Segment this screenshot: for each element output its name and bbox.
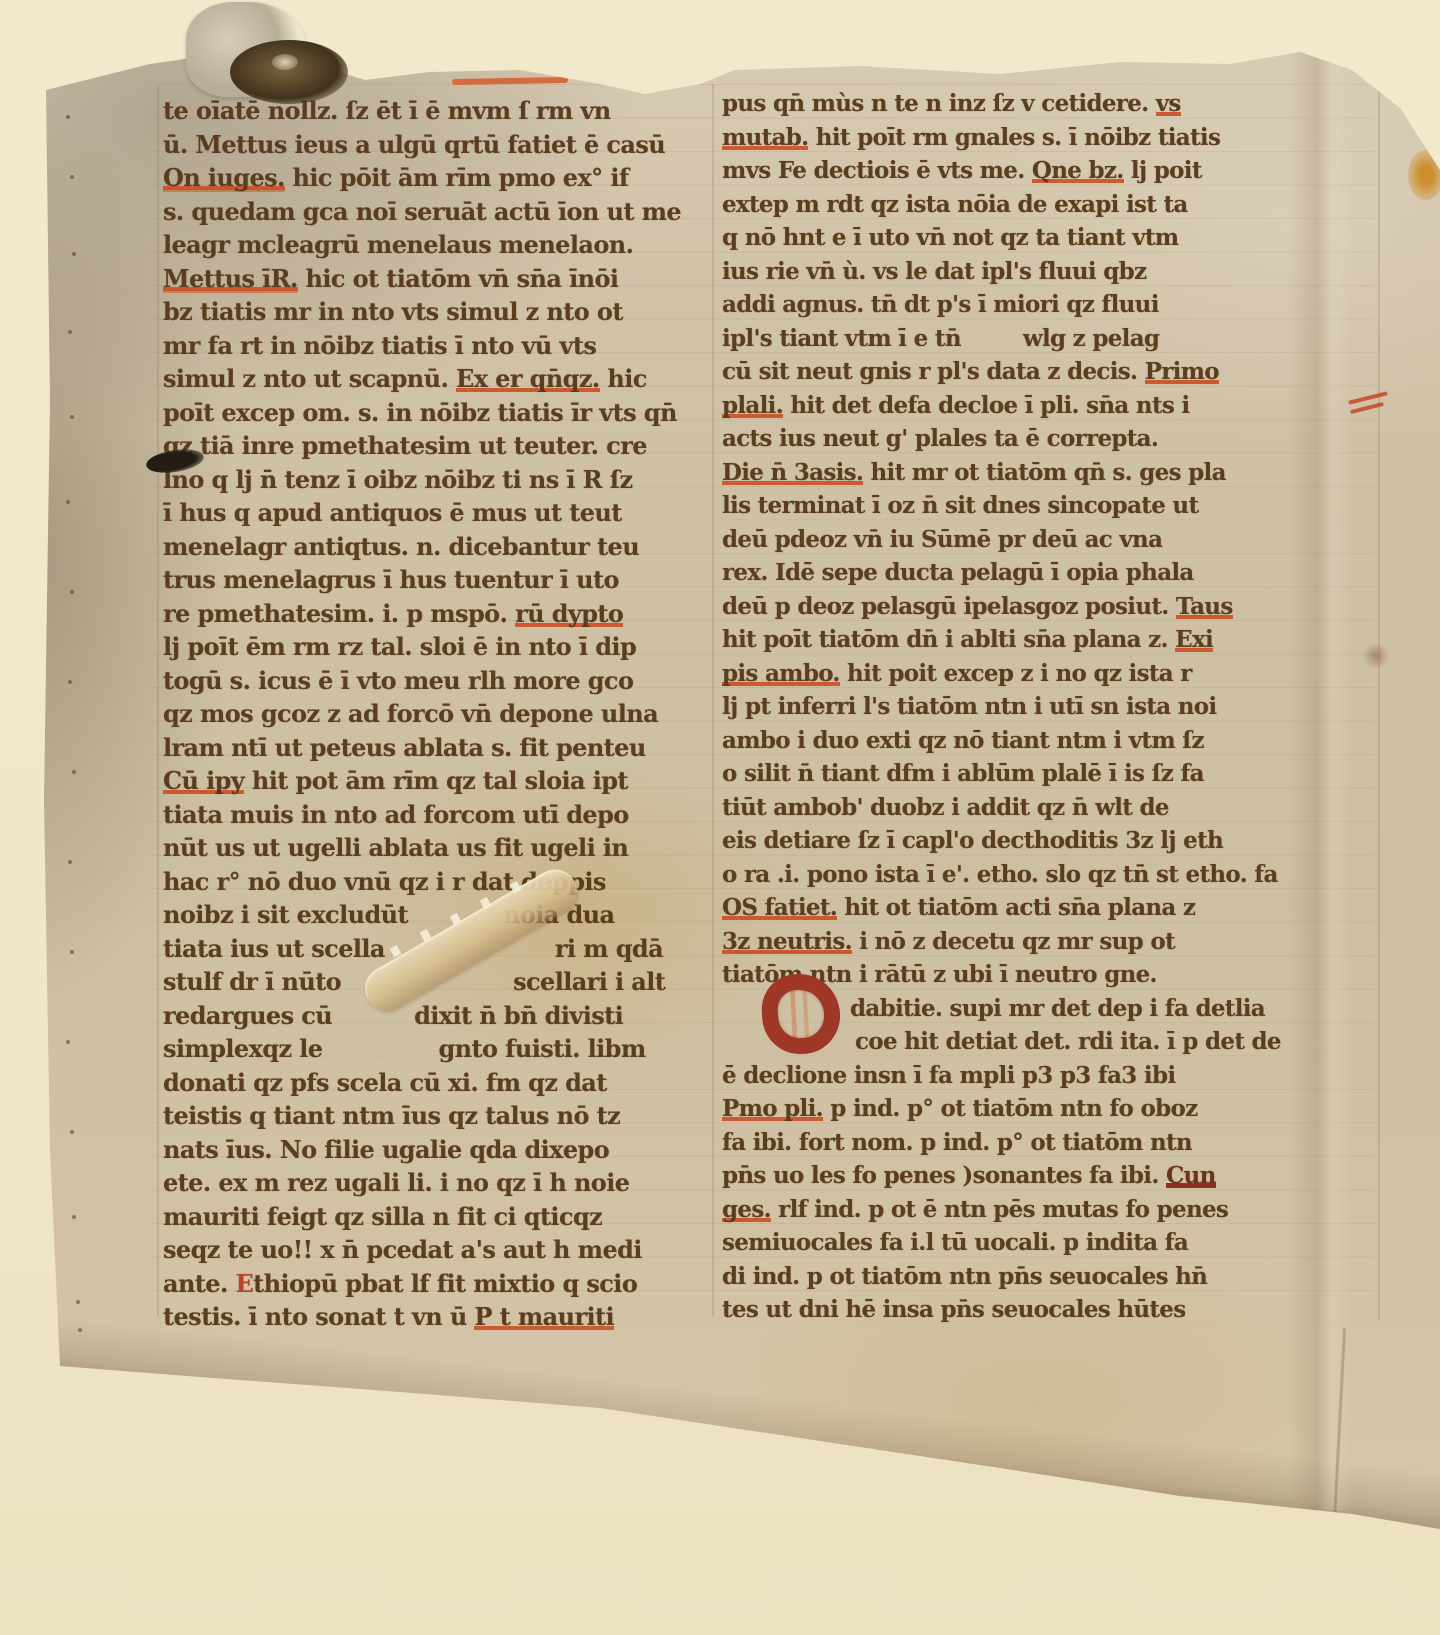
glue-glint [272, 54, 298, 70]
text-segment: qz tiā inre pmethatesim ut teuter. cre [163, 431, 647, 460]
text-segment: tiata ius ut scella [163, 934, 385, 963]
text-line: Cū ipy hit pot ām rīm qz tal sloia ipt [163, 766, 628, 795]
text-segment: extep m rdt qz ista nōia de exapi ist ta [722, 191, 1188, 218]
text-segment: togū s. icus ē ī vto meu rlh more gco [163, 666, 633, 695]
text-line: leagr mcleagrū menelaus menelaon. [163, 230, 633, 259]
text-segment: ipl's tiant vtm ī e tn̄ [722, 325, 961, 352]
text-segment: thiopū pbat lf fit mixtio q scio [253, 1269, 637, 1298]
text-line: ante. Ethiopū pbat lf fit mixtio q scio [163, 1269, 637, 1298]
text-line: ete. ex m rez ugali li. i no qz ī h noie [163, 1168, 629, 1197]
text-line: simul z nto ut scapnū. Ex er qn̄qz. hic [163, 364, 647, 393]
text-line: q nō hnt e ī uto vn̄ not qz ta tiant vtm [722, 224, 1178, 251]
text-segment: vs [1156, 90, 1181, 117]
text-segment: tiata muis in nto ad forcom utī depo [163, 800, 629, 829]
text-segment: q nō hnt e ī uto vn̄ not qz ta tiant vtm [722, 224, 1178, 251]
text-line: addi agnus. tn̄ dt p's ī miori qz fluui [722, 291, 1159, 318]
text-line: eis detiare ſz ī capl'o decthoditis 3z l… [722, 827, 1223, 854]
damaged-top-left-flap [186, 2, 354, 108]
sewing-hole [66, 1040, 70, 1044]
text-segment: i nō z decetu qz mr sup ot [852, 928, 1175, 955]
edge-stain-orange [1408, 150, 1440, 200]
margin-rule-left [157, 86, 159, 1316]
text-line: teistis q tiant ntm īus qz talus nō tz [163, 1101, 620, 1130]
text-segment: ī hus q apud antiquos ē mus ut teut [163, 498, 622, 527]
text-segment: E [235, 1269, 253, 1298]
text-segment: rex. Idē sepe ducta pelagū ī opia phala [722, 559, 1194, 586]
text-segment: dixit n̄ bn̄ divisti [414, 1001, 623, 1030]
text-line: extep m rdt qz ista nōia de exapi ist ta [722, 191, 1188, 218]
text-line: hit poīt tiatōm dn̄ i ablti sn̄a plana z… [722, 626, 1213, 653]
text-segment: ges. [722, 1196, 771, 1223]
text-segment: poīt excep om. s. in nōibz tiatis īr vts… [163, 398, 677, 427]
text-segment: Taus [1176, 593, 1233, 620]
text-segment: leagr mcleagrū menelaus menelaon. [163, 230, 633, 259]
sewing-hole [72, 252, 76, 256]
manuscript-photo: te oīatē nollz. ſz ēt ī ē mvm ſ rm vnū. … [0, 0, 1440, 1635]
sewing-hole [70, 415, 74, 419]
text-line: trus menelagrus ī hus tuentur ī uto [163, 565, 619, 594]
text-line: OS fatiet. hit ot tiatōm acti sn̄a plana… [722, 894, 1195, 921]
text-segment: tes ut dni hē insa pn̄s seuocales hūtes [722, 1296, 1186, 1323]
sewing-hole [68, 330, 72, 334]
text-line: ambo i duo exti qz nō tiant ntm i vtm ſz [722, 727, 1204, 754]
text-segment: simul z nto ut scapnū. [163, 364, 456, 393]
text-segment: p ind. p° ot tiatōm ntn fo oboz [823, 1095, 1198, 1122]
text-line: mvs Fe dectiois ē vts me. Qne bz. lj poi… [722, 157, 1202, 184]
text-segment: lj poit [1124, 157, 1202, 184]
text-segment: Qne bz. [1032, 157, 1124, 184]
text-line: tiūt ambob' duobz i addit qz n̄ wlt de [722, 794, 1169, 821]
text-segment: noibz i sit excludūt [163, 900, 408, 929]
text-segment: lram ntī ut peteus ablata s. fit penteu [163, 733, 646, 762]
text-segment: ante. [163, 1269, 235, 1298]
text-line: lis terminat ī oz n̄ sit dnes sincopate … [722, 492, 1198, 519]
text-segment: nūt us ut ugelli ablata us fit ugeli in [163, 833, 628, 862]
text-segment: hit det defa decloe ī pli. sn̄a nts i [783, 392, 1189, 419]
text-line: mutab. hit poīt rm gnales s. ī nōibz tia… [722, 124, 1220, 151]
text-segment: hic ot tiatōm vn̄ sn̄a īnōi [298, 264, 619, 293]
text-segment: Cun [1166, 1162, 1216, 1189]
text-segment: Pmo pli. [722, 1095, 823, 1122]
text-segment: semiuocales fa i.l tū uocali. p indita f… [722, 1229, 1188, 1256]
text-segment: ambo i duo exti qz nō tiant ntm i vtm ſz [722, 727, 1204, 754]
text-segment: Mettus īR. [163, 264, 298, 293]
text-segment: donati qz pfs scela cū xi. fm qz dat [163, 1068, 607, 1097]
text-line: lram ntī ut peteus ablata s. fit penteu [163, 733, 646, 762]
text-line: poīt excep om. s. in nōibz tiatis īr vts… [163, 398, 677, 427]
text-segment: 3z neutris. [722, 928, 852, 955]
sewing-hole [66, 500, 70, 504]
text-line: o silit n̄ tiant dfm i ablūm plalē ī is … [722, 760, 1204, 787]
text-segment: lis terminat ī oz n̄ sit dnes sincopate … [722, 492, 1198, 519]
text-segment: addi agnus. tn̄ dt p's ī miori qz fluui [722, 291, 1159, 318]
text-line: ū. Mettus ieus a ulgū qrtū fatiet ē casū [163, 130, 665, 159]
sewing-hole [76, 1300, 80, 1304]
text-line: qz tiā inre pmethatesim ut teuter. cre [163, 431, 647, 460]
text-line: qz mos gcoz z ad forcō vn̄ depone ulna [163, 699, 658, 728]
text-segment: acts ius neut g' plales ta ē correpta. [722, 425, 1158, 452]
text-segment: mvs Fe dectiois ē vts me. [722, 157, 1032, 184]
sewing-hole [72, 1215, 76, 1219]
text-line: deū p deoz pelasgū ipelasgoz posiut. Tau… [722, 593, 1233, 620]
text-line: ī hus q apud antiquos ē mus ut teut [163, 498, 622, 527]
sewing-hole [70, 175, 74, 179]
text-segment: deū p deoz pelasgū ipelasgoz posiut. [722, 593, 1176, 620]
text-segment: hic [600, 364, 647, 393]
text-line: acts ius neut g' plales ta ē correpta. [722, 425, 1158, 452]
text-segment: plali. [722, 392, 783, 419]
text-segment: redargues cū [163, 1001, 332, 1030]
text-segment: On iuges. [163, 163, 285, 192]
text-line: ipl's tiant vtm ī e tn̄wlg z pelag [722, 325, 1159, 352]
text-line: ges. rlf ind. p ot ē ntn pēs mutas fo pe… [722, 1196, 1228, 1223]
text-segment: ē declione insn ī fa mpli p3 p3 fa3 ibi [722, 1062, 1175, 1089]
text-line: donati qz pfs scela cū xi. fm qz dat [163, 1068, 607, 1097]
text-segment: Ex er qn̄qz. [456, 364, 600, 393]
initial-letter: O [777, 991, 778, 992]
text-line: On iuges. hic pōit ām rīm pmo ex° if [163, 163, 629, 192]
text-line: di ind. p ot tiatōm ntn pn̄s seuocales h… [722, 1263, 1207, 1290]
sewing-hole [78, 1328, 82, 1332]
text-segment: hit mr ot tiatōm qn̄ s. ges pla [863, 459, 1226, 486]
text-line: bz tiatis mr in nto vts simul z nto ot [163, 297, 623, 326]
text-line: rex. Idē sepe ducta pelagū ī opia phala [722, 559, 1194, 586]
sewing-hole [68, 680, 72, 684]
text-line: fa ibi. fort nom. p ind. p° ot tiatōm nt… [722, 1129, 1192, 1156]
text-line: tiata muis in nto ad forcom utī depo [163, 800, 629, 829]
text-segment: dabitie. supi mr det dep i fa detlia [850, 995, 1265, 1022]
sewing-hole [66, 115, 70, 119]
text-segment: trus menelagrus ī hus tuentur ī uto [163, 565, 619, 594]
text-segment: s. quedam gca noī seruāt actū īon ut me [163, 197, 681, 226]
text-segment: eis detiare ſz ī capl'o decthoditis 3z l… [722, 827, 1223, 854]
sewing-hole [70, 1130, 74, 1134]
text-segment: rlf ind. p ot ē ntn pēs mutas fo penes [771, 1196, 1228, 1223]
parchment-leaf: te oīatē nollz. ſz ēt ī ē mvm ſ rm vnū. … [0, 0, 1440, 1635]
text-segment: hic pōit ām rīm pmo ex° if [285, 163, 629, 192]
text-segment: pis ambo. [722, 660, 840, 687]
text-line: ius rie vn̄ ù. vs le dat ipl's fluui qbz [722, 258, 1146, 285]
text-segment: simplexqz le [163, 1034, 322, 1063]
text-line: mr fa rt in nōibz tiatis ī nto vū vts [163, 331, 596, 360]
text-line: tes ut dni hē insa pn̄s seuocales hūtes [722, 1296, 1186, 1323]
text-line: s. quedam gca noī seruāt actū īon ut me [163, 197, 681, 226]
sewing-hole [70, 950, 74, 954]
text-segment: P t mauriti [474, 1302, 614, 1331]
text-line: o ra .i. pono ista ī e'. etho. slo qz tn… [722, 861, 1278, 888]
text-line: Mettus īR. hic ot tiatōm vn̄ sn̄a īnōi [163, 264, 618, 293]
text-line: pn̄s uo les fo penes )sonantes fa ibi. C… [722, 1162, 1216, 1189]
text-line: re pmethatesim. i. p mspō. rū dypto [163, 599, 623, 628]
text-segment: wlg z pelag [1023, 325, 1159, 352]
text-segment: fa ibi. fort nom. p ind. p° ot tiatōm nt… [722, 1129, 1192, 1156]
text-line: pis ambo. hit poit excep z i no qz ista … [722, 660, 1192, 687]
text-line: ē declione insn ī fa mpli p3 p3 fa3 ibi [722, 1062, 1175, 1089]
bottom-edge-shading [20, 1302, 1440, 1539]
text-segment: mutab. [722, 124, 808, 151]
text-segment: ius rie vn̄ ù. vs le dat ipl's fluui qbz [722, 258, 1146, 285]
text-line: lj poīt ēm rm rz tal. sloi ē in nto ī di… [163, 632, 636, 661]
text-segment: bz tiatis mr in nto vts simul z nto ot [163, 297, 623, 326]
text-segment: lj poīt ēm rm rz tal. sloi ē in nto ī di… [163, 632, 636, 661]
sewing-hole [72, 770, 76, 774]
text-segment: stulf dr ī nūto [163, 967, 341, 996]
text-line: pus qn̄ mùs n te n inz ſz v cetidere. vs [722, 90, 1181, 117]
intercolumn-rule [712, 84, 714, 1316]
text-segment: seqz te uo!! x n̄ pcedat a's aut h medi [163, 1235, 642, 1264]
text-segment: hit poīt tiatōm dn̄ i ablti sn̄a plana z… [722, 626, 1175, 653]
text-segment: coe hit detiat det. rdi ita. ī p det de [855, 1028, 1281, 1055]
text-line: plali. hit det defa decloe ī pli. sn̄a n… [722, 392, 1189, 419]
sewing-hole [70, 590, 74, 594]
text-segment: deū pdeoz vn̄ iu Sūmē pr deū ac vna [722, 526, 1162, 553]
text-line: Die n̄ 3asis. hit mr ot tiatōm qn̄ s. ge… [722, 459, 1226, 486]
glue-residue-blob [230, 40, 348, 104]
text-segment: cū sit neut gnis r pl's data z decis. [722, 358, 1145, 385]
sewing-hole [68, 860, 72, 864]
text-line: nats īus. No filie ugalie qda dixepo [163, 1135, 609, 1164]
text-line: lj pt inferri l's tiatōm ntn i utī sn is… [722, 693, 1216, 720]
text-segment: hit pot ām rīm qz tal sloia ipt [244, 766, 628, 795]
text-line: nūt us ut ugelli ablata us fit ugeli in [163, 833, 628, 862]
right-fold-shading [1288, 50, 1352, 1510]
text-segment: hit poīt rm gnales s. ī nōibz tiatis [808, 124, 1220, 151]
text-segment: hit ot tiatōm acti sn̄a plana z [837, 894, 1195, 921]
text-segment: Exi [1175, 626, 1213, 653]
text-line: Pmo pli. p ind. p° ot tiatōm ntn fo oboz [722, 1095, 1197, 1122]
text-segment: teistis q tiant ntm īus qz talus nō tz [163, 1101, 620, 1130]
text-segment: Die n̄ 3asis. [722, 459, 863, 486]
text-segment: lj pt inferri l's tiatōm ntn i utī sn is… [722, 693, 1216, 720]
clipped-rubric-fragment [578, 72, 636, 77]
text-line: semiuocales fa i.l tū uocali. p indita f… [722, 1229, 1188, 1256]
text-segment: ete. ex m rez ugali li. i no qz ī h noie [163, 1168, 629, 1197]
text-line: lno q lj n̄ tenz ī oibz nōibz ti ns ī R … [163, 465, 633, 494]
text-segment: qz mos gcoz z ad forcō vn̄ depone ulna [163, 699, 658, 728]
edge-stain-brown [1362, 642, 1390, 670]
text-line: deū pdeoz vn̄ iu Sūmē pr deū ac vna [722, 526, 1162, 553]
text-segment: hit poit excep z i no qz ista r [840, 660, 1192, 687]
margin-rule-right [1378, 80, 1380, 1320]
text-segment: scellari i alt [513, 967, 665, 996]
text-line: simplexqz legnto fuisti. libm [163, 1034, 646, 1063]
text-line: seqz te uo!! x n̄ pcedat a's aut h medi [163, 1235, 642, 1264]
text-segment: pn̄s uo les fo penes )sonantes fa ibi. [722, 1162, 1166, 1189]
text-line: togū s. icus ē ī vto meu rlh more gco [163, 666, 633, 695]
text-segment: o silit n̄ tiant dfm i ablūm plalē ī is … [722, 760, 1204, 787]
text-segment: tiūt ambob' duobz i addit qz n̄ wlt de [722, 794, 1169, 821]
text-segment: ū. Mettus ieus a ulgū qrtū fatiet ē casū [163, 130, 665, 159]
text-line: 3z neutris. i nō z decetu qz mr sup ot [722, 928, 1175, 955]
text-line: mauriti feigt qz silla n fit ci qticqz [163, 1202, 602, 1231]
text-segment: Primo [1145, 358, 1219, 385]
text-segment: ri m qdā [555, 934, 663, 963]
text-segment: menelagr antiqtus. n. dicebantur teu [163, 532, 639, 561]
text-segment: o ra .i. pono ista ī e'. etho. slo qz tn… [722, 861, 1278, 888]
text-segment: OS fatiet. [722, 894, 837, 921]
text-segment: lno q lj n̄ tenz ī oibz nōibz ti ns ī R … [163, 465, 633, 494]
text-line: cū sit neut gnis r pl's data z decis. Pr… [722, 358, 1219, 385]
text-segment: gnto fuisti. libm [438, 1034, 645, 1063]
text-line: menelagr antiqtus. n. dicebantur teu [163, 532, 639, 561]
text-segment: Cū ipy [163, 766, 244, 795]
text-segment: rū dypto [515, 599, 623, 628]
text-segment: nats īus. No filie ugalie qda dixepo [163, 1135, 609, 1164]
text-segment: di ind. p ot tiatōm ntn pn̄s seuocales h… [722, 1263, 1207, 1290]
text-segment: mr fa rt in nōibz tiatis ī nto vū vts [163, 331, 596, 360]
text-segment: pus qn̄ mùs n te n inz ſz v cetidere. [722, 90, 1156, 117]
text-segment: re pmethatesim. i. p mspō. [163, 599, 515, 628]
text-segment: mauriti feigt qz silla n fit ci qticqz [163, 1202, 602, 1231]
